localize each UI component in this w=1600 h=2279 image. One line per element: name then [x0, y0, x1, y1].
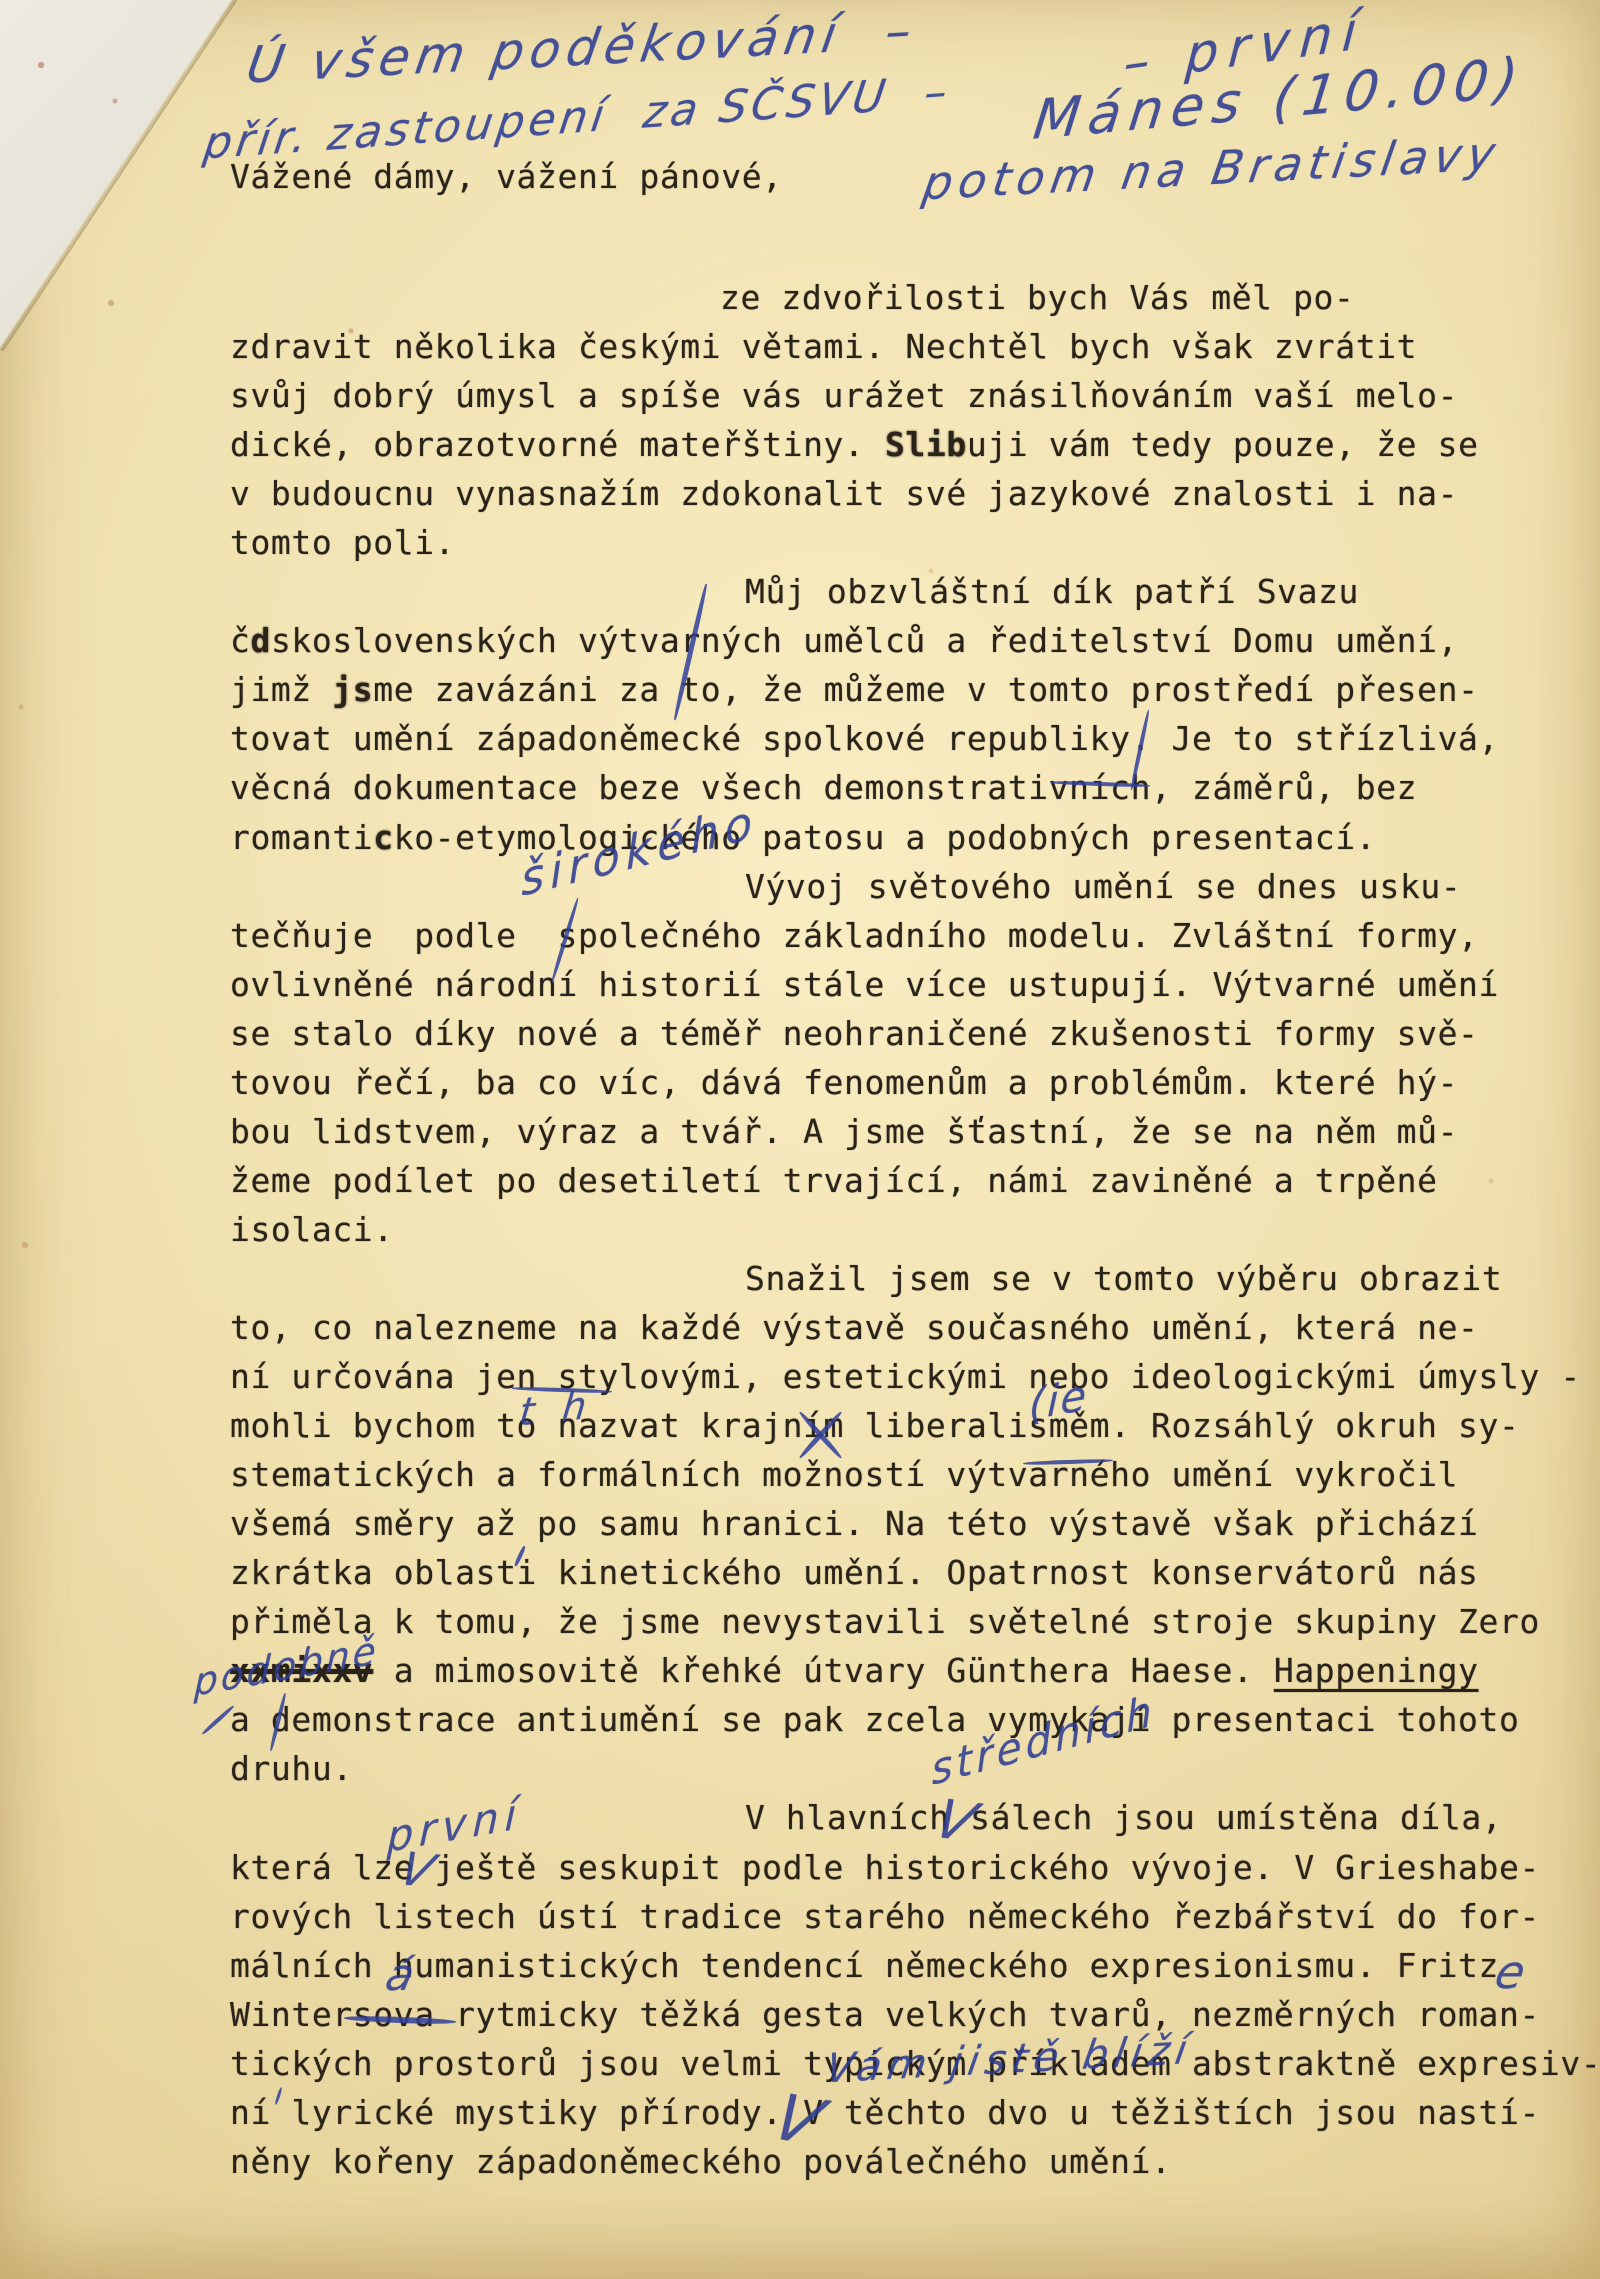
typed-line: a demonstrace antiumění se pak zcela vym…	[230, 1695, 1600, 1744]
scanned-letter: { "paper": { "background_color": "#efe0a…	[0, 0, 1600, 2279]
typed-line: mohli bychom to nazvat krajním liberalis…	[230, 1401, 1600, 1450]
typed-line: isolaci.	[230, 1205, 1600, 1254]
typed-line: jimž jsme zavázáni za to, že můžeme v to…	[230, 665, 1600, 714]
typed-line: druhu.	[230, 1744, 1600, 1793]
typed-line: přiměla k tomu, že jsme nevystavili svět…	[230, 1597, 1600, 1646]
typed-line: tečňuje podle společného základního mode…	[230, 911, 1600, 960]
typed-line: ní určována jen stylovými, estetickými n…	[230, 1352, 1600, 1401]
typed-line: svůj dobrý úmysl a spíše vás urážet znás…	[230, 371, 1600, 420]
typed-line: zkrátka oblasti kinetického umění. Opatr…	[230, 1548, 1600, 1597]
typed-line: to, co nalezneme na každé výstavě součas…	[230, 1303, 1600, 1352]
typed-line: stematických a formálních možností výtva…	[230, 1450, 1600, 1499]
typed-line: ze zdvořilosti bych Vás měl po-	[230, 273, 1600, 322]
typed-line: tovat umění západoněmecké spolkové repub…	[230, 714, 1600, 763]
typed-text-block: ze zdvořilosti bych Vás měl po-zdravit n…	[230, 273, 1600, 2186]
typed-line: Můj obzvláštní dík patří Svazu	[230, 567, 1600, 616]
typed-line: málních humanistických tendencí německéh…	[230, 1941, 1600, 1990]
paper-specks	[0, 0, 2, 2]
typed-line: Wintersova rytmicky těžká gesta velkých …	[230, 1990, 1600, 2039]
typed-line: všemá směry až po samu hranici. Na této …	[230, 1499, 1600, 1548]
typed-line: romanticko-etymologického patosu a podob…	[230, 813, 1600, 862]
typed-line: zdravit několika českými větami. Nechtěl…	[230, 322, 1600, 371]
typed-line: čdskoslovenských výtvarných umělců a řed…	[230, 616, 1600, 665]
typed-line: Snažil jsem se v tomto výběru obrazit	[230, 1254, 1600, 1303]
typed-line: věcná dokumentace beze všech demonstrati…	[230, 763, 1600, 812]
typed-line: tovou řečí, ba co víc, dává fenomenům a …	[230, 1058, 1600, 1107]
typed-line: tomto poli.	[230, 518, 1600, 567]
typed-line: xxmixxv a mimosovitě křehké útvary Günth…	[230, 1646, 1600, 1695]
typed-line: rových listech ústí tradice starého něme…	[230, 1892, 1600, 1941]
typed-line: bou lidstvem, výraz a tvář. A jsme šťast…	[230, 1107, 1600, 1156]
typed-line: žeme podílet po desetiletí trvající, nám…	[230, 1156, 1600, 1205]
typed-line: ovlivněné národní historií stále více us…	[230, 960, 1600, 1009]
typed-line: dické, obrazotvorné mateřštiny. Slibuji …	[230, 420, 1600, 469]
hw-above-to: t h	[517, 1382, 596, 1435]
typed-line: ní lyrické mystiky přírody. V těchto dvo…	[230, 2088, 1600, 2137]
typed-line: se stalo díky nové a téměř neohraničené …	[230, 1009, 1600, 1058]
typed-line: v budoucnu vynasnažím zdokonalit své jaz…	[230, 469, 1600, 518]
typed-line: Vývoj světového umění se dnes usku-	[230, 862, 1600, 911]
typed-line: něny kořeny západoněmeckého poválečného …	[230, 2137, 1600, 2186]
